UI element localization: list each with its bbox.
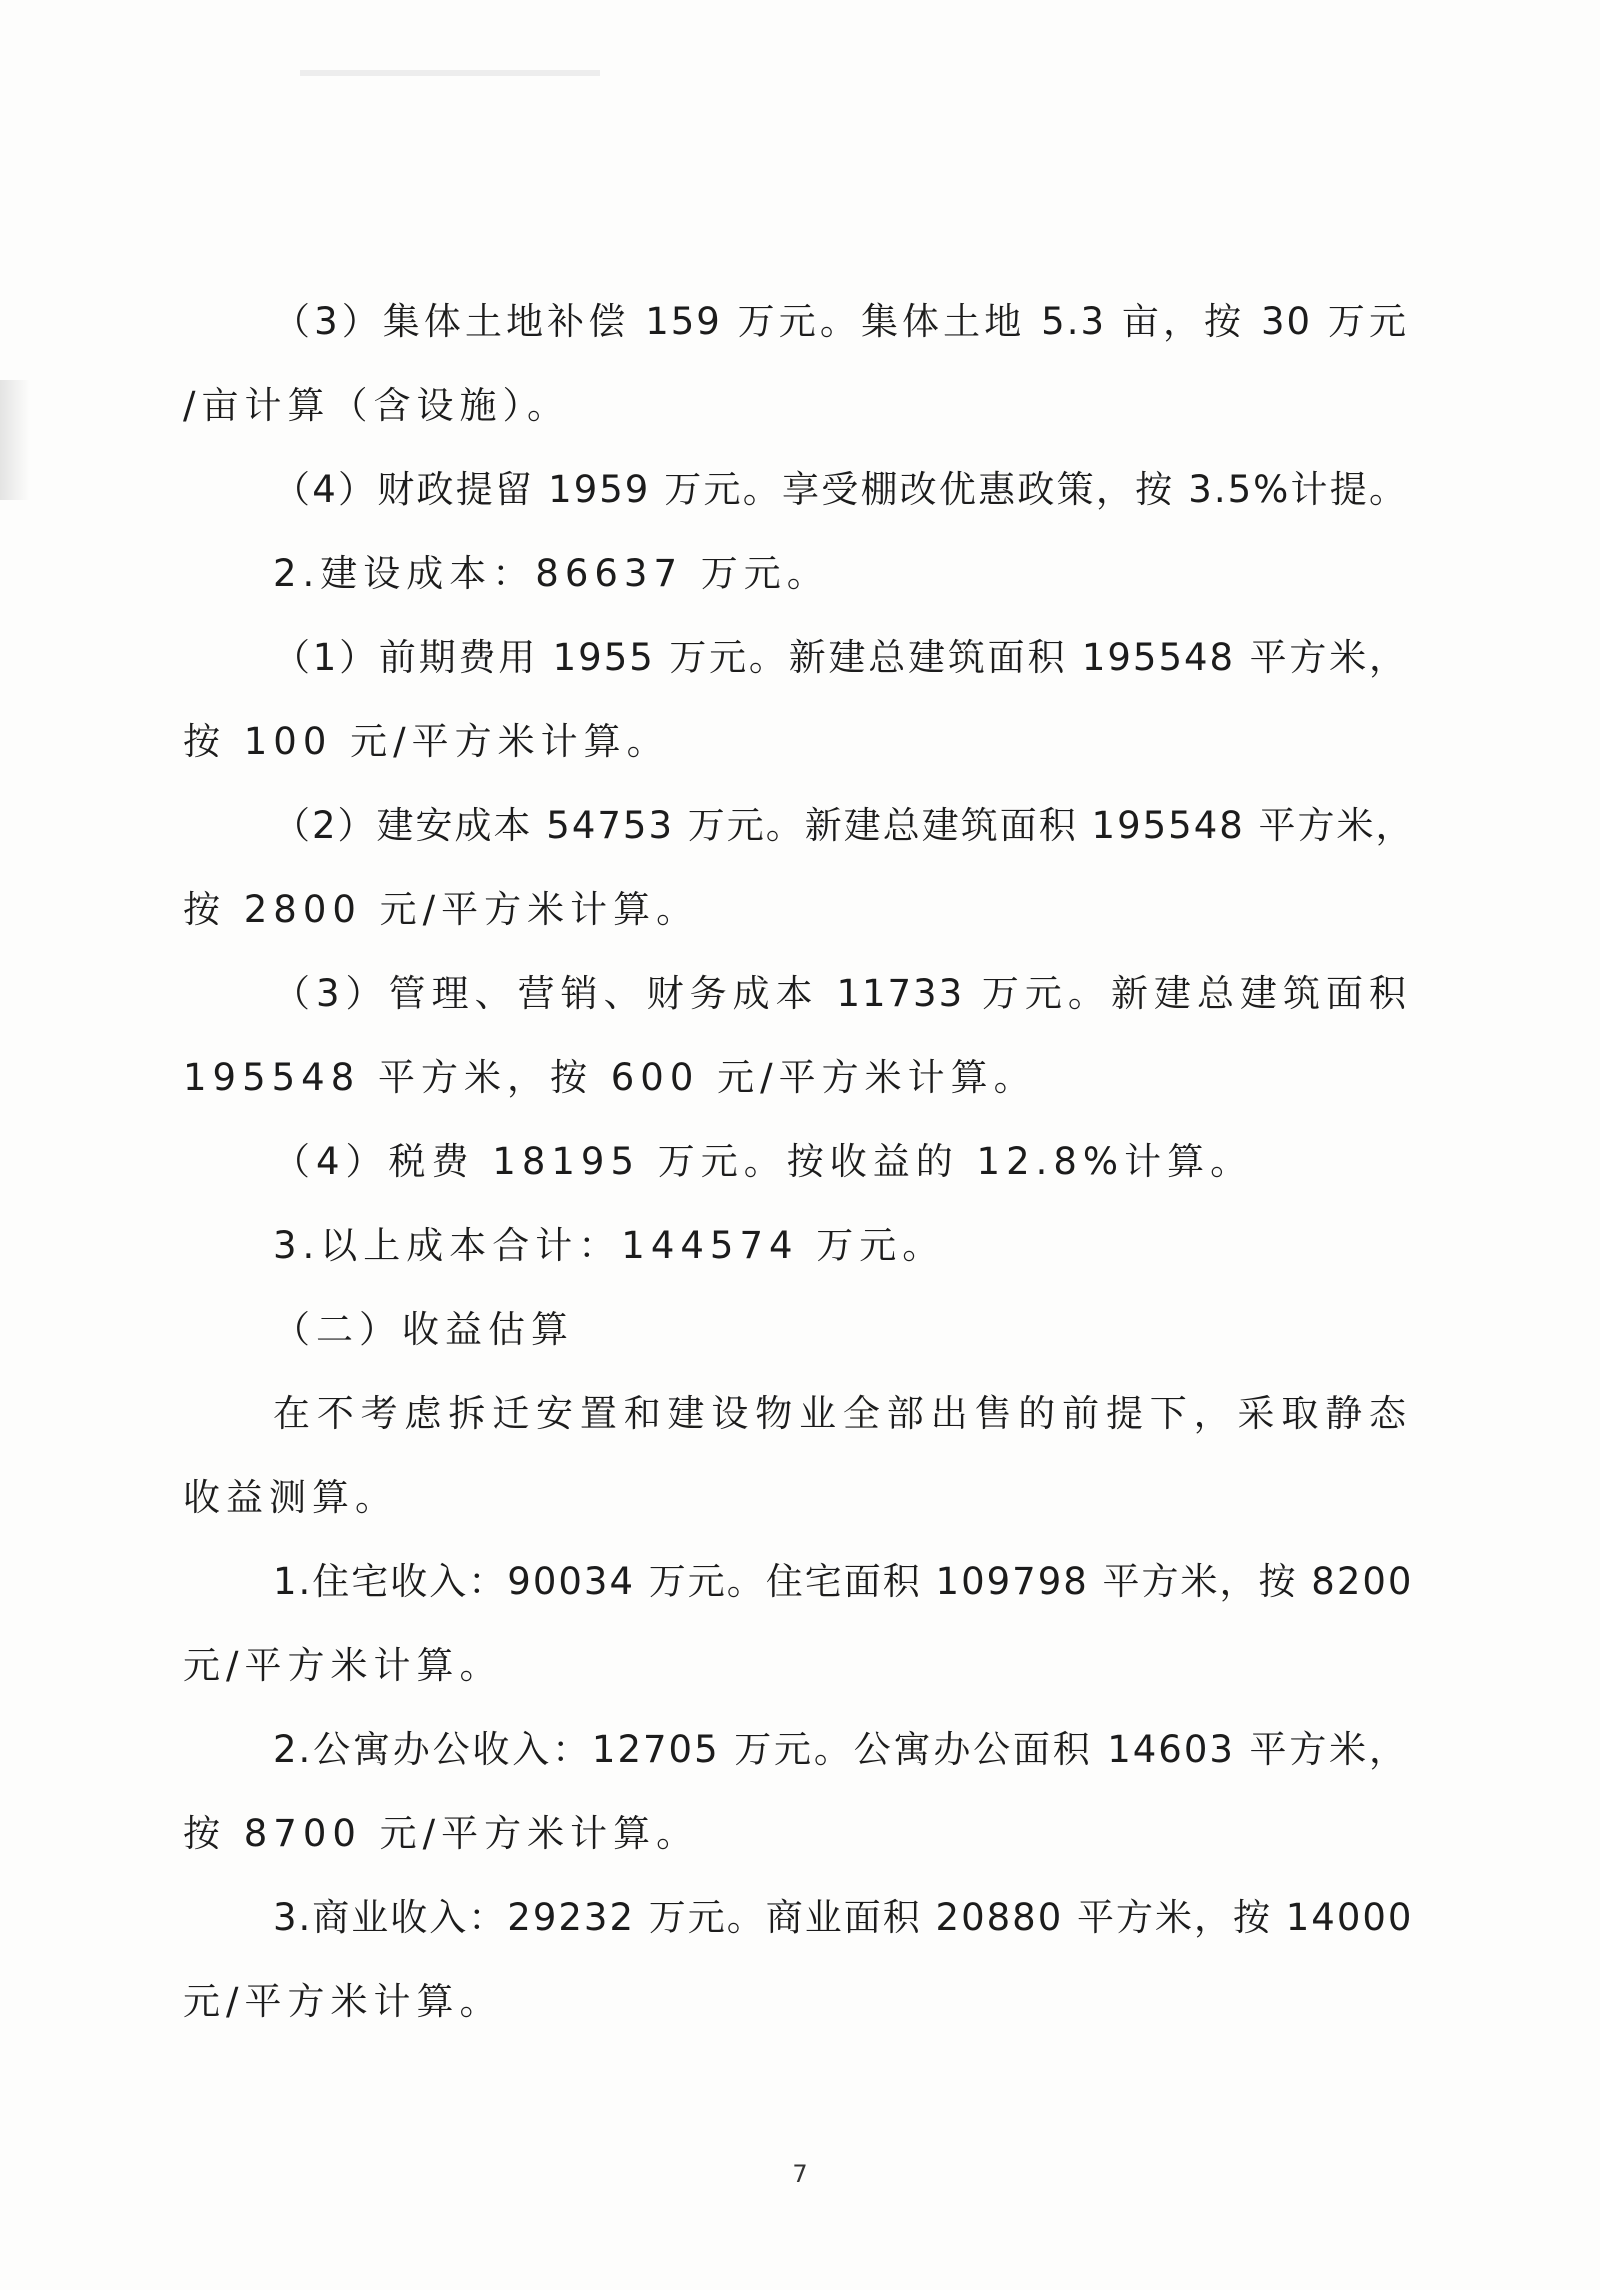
paragraph-line: （3）管理、营销、财务成本 11733 万元。新建总建筑面积 [273,972,1408,1016]
paragraph-line: 3.商业收入：29232 万元。商业面积 20880 平方米，按 14000 [273,1896,1408,1940]
paragraph-line: 收益测算。 [183,1476,398,1520]
paragraph-line: 元/平方米计算。 [183,1644,502,1688]
page-number: 7 [0,2160,1600,2188]
paragraph-line: （2）建安成本 54753 万元。新建总建筑面积 195548 平方米， [273,804,1408,848]
paragraph-line: 195548 平方米，按 600 元/平方米计算。 [183,1056,1037,1100]
faint-header-mark [300,70,600,76]
paragraph-line: （4）财政提留 1959 万元。享受棚改优惠政策，按 3.5%计提。 [273,468,1408,512]
paragraph-line: /亩计算（含设施）。 [183,384,570,428]
paragraph-line: 在不考虑拆迁安置和建设物业全部出售的前提下，采取静态 [273,1392,1408,1436]
paragraph-line: 2.公寓办公收入：12705 万元。公寓办公面积 14603 平方米， [273,1728,1408,1772]
paragraph-line: （4）税费 18195 万元。按收益的 12.8%计算。 [273,1140,1253,1184]
paragraph-line: （1）前期费用 1955 万元。新建总建筑面积 195548 平方米， [273,636,1408,680]
paragraph-line: 按 100 元/平方米计算。 [183,720,670,764]
paragraph-line: 元/平方米计算。 [183,1980,502,2024]
paragraph-line: 按 2800 元/平方米计算。 [183,888,699,932]
section-heading: （二）收益估算 [273,1308,574,1352]
paragraph-line: （3）集体土地补偿 159 万元。集体土地 5.3 亩，按 30 万元 [273,300,1408,344]
section-heading: 2.建设成本：86637 万元。 [273,552,830,596]
section-heading: 3.以上成本合计：144574 万元。 [273,1224,945,1268]
scan-artifact [0,380,30,500]
paragraph-line: 按 8700 元/平方米计算。 [183,1812,699,1856]
paragraph-line: 1.住宅收入：90034 万元。住宅面积 109798 平方米，按 8200 [273,1560,1408,1604]
